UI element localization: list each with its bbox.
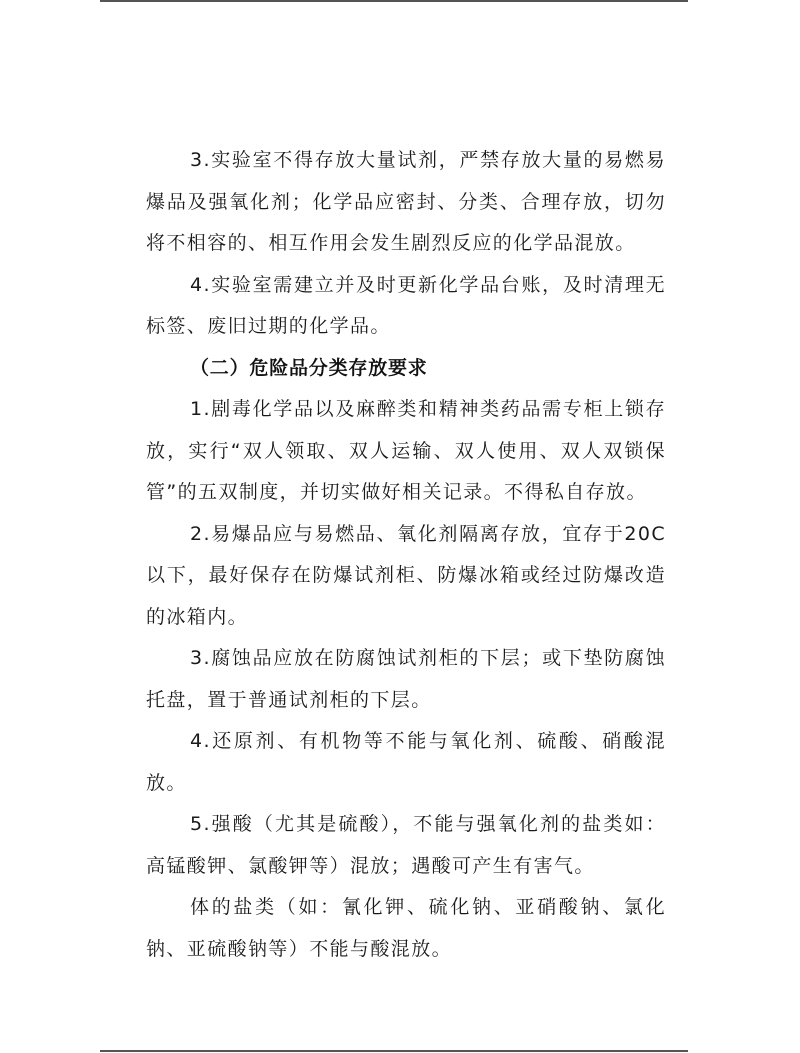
paragraph-item-3-storage-limits: 3.实验室不得存放大量试剂，严禁存放大量的易燃易爆品及强氧化剂；化学品应密封、分… (146, 140, 666, 265)
paragraph-corrosives: 3.腐蚀品应放在防腐蚀试剂柜的下层；或下垫防腐蚀托盘，置于普通试剂柜的下层。 (146, 638, 666, 721)
paragraph-reducing-agents: 4.还原剂、有机物等不能与氧化剂、硫酸、硝酸混放。 (146, 721, 666, 804)
paragraph-gas-producing-salts: 体的盐类（如：氰化钾、硫化钠、亚硝酸钠、氯化钠、亚硫酸钠等）不能与酸混放。 (146, 887, 666, 970)
paragraph-toxic-chemicals: 1.剧毒化学品以及麻醉类和精神类药品需专柜上锁存放，实行“双人领取、双人运输、双… (146, 389, 666, 514)
section-heading-hazardous-storage: （二）危险品分类存放要求 (146, 348, 666, 390)
paragraph-strong-acids: 5.强酸（尤其是硫酸），不能与强氧化剂的盐类如：高锰酸钾、氯酸钾等）混放；遇酸可… (146, 804, 666, 887)
top-border-rule (100, 0, 688, 2)
paragraph-explosives: 2.易爆品应与易燃品、氧化剂隔离存放，宜存于20C以下，最好保存在防爆试剂柜、防… (146, 514, 666, 639)
paragraph-item-4-inventory-ledger: 4.实验室需建立并及时更新化学品台账，及时清理无标签、废旧过期的化学品。 (146, 265, 666, 348)
bottom-border-rule (100, 1050, 688, 1052)
document-body: 3.实验室不得存放大量试剂，严禁存放大量的易燃易爆品及强氧化剂；化学品应密封、分… (146, 140, 666, 970)
